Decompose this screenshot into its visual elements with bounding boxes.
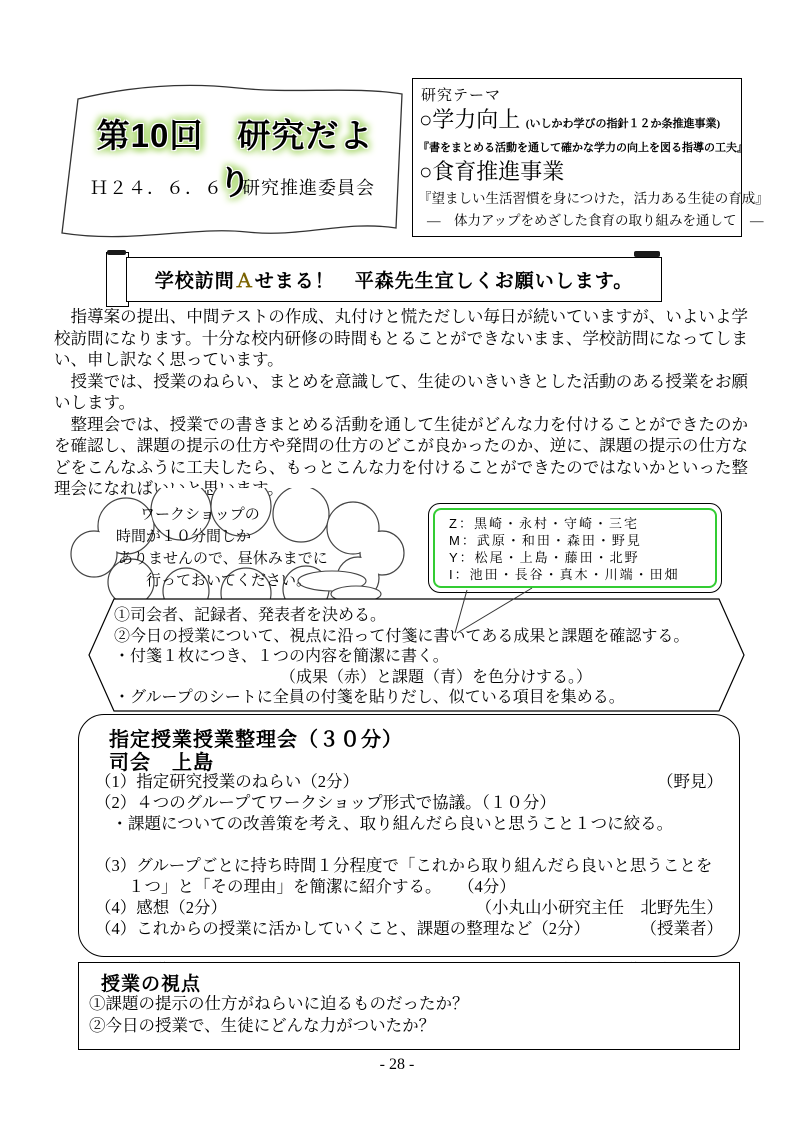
cloud-text: ワークショップの 時間が１０分間しか ありませんので、昼休みまでに 行っておいて… bbox=[88, 504, 398, 592]
cloud-line: ありませんので、昼休みまでに bbox=[88, 548, 398, 570]
headline-a: Ａ bbox=[235, 271, 255, 292]
agenda-item: （1）指定研究授業のねらい（2分） bbox=[95, 771, 359, 792]
headline-scroll-box: 学校訪問Ａせまる！ 平森先生宜しくお願いします。 bbox=[106, 250, 662, 307]
theme-heading: 研究テーマ bbox=[421, 84, 501, 105]
step-line: （成果（赤）と課題（青）を色分けする。） bbox=[114, 668, 724, 689]
paragraph-2: 授業では、授業のねらい、まとめを意識して、生徒のいきいきとした活動のある授業をお… bbox=[54, 371, 748, 414]
agenda-presenter: （小丸山小研究主任 北野先生） bbox=[476, 897, 724, 918]
page-number: - 28 - bbox=[0, 1056, 794, 1074]
agenda-item: （4）感想（2分） bbox=[95, 897, 227, 918]
scroll-left-cap bbox=[107, 250, 126, 255]
group-y: Y：松尾・上島・藤田・北野 bbox=[449, 549, 715, 566]
agenda-item: （2）４つのグループてワークショップ形式で協議。（１０分） bbox=[95, 792, 556, 813]
headline-text: 学校訪問Ａせまる！ 平森先生宜しくお願いします。 bbox=[155, 266, 634, 293]
headline-pre: 学校訪問 bbox=[155, 271, 235, 292]
group-z: Z：黒崎・永村・守崎・三宅 bbox=[449, 515, 715, 532]
group-i: I：池田・長谷・真木・川端・田畑 bbox=[449, 566, 715, 583]
theme-item-academic: ○学力向上 (いしかわ学びの指針１２か条推進事業) bbox=[419, 103, 720, 134]
agenda-row: （4）感想（2分）（小丸山小研究主任 北野先生） bbox=[95, 897, 723, 918]
viewpoints-lines: ①課題の提示の仕方がねらいに迫るものだったか？ ②今日の授業で、生徒にどんな力が… bbox=[89, 993, 469, 1036]
newsletter-date: Ｈ２４．６．６ 研究推進委員会 bbox=[90, 174, 375, 200]
agenda-row: （2）４つのグループてワークショップ形式で協議。（１０分） bbox=[95, 792, 723, 813]
viewpoint-line: ②今日の授業で、生徒にどんな力がついたか？ bbox=[89, 1015, 469, 1037]
theme-item1-note: (いしかわ学びの指針１２か条推進事業) bbox=[526, 118, 720, 130]
headline-post: せまる！ 平森先生宜しくお願いします。 bbox=[255, 271, 633, 292]
paragraph-1: 指導案の提出、中間テストの作成、丸付けと慌ただしい毎日が続いていますが、いよいよ… bbox=[54, 306, 748, 371]
agenda-row: １つ」と「その理由」を簡潔に紹介する。 （4分） bbox=[95, 876, 723, 897]
viewpoint-line: ①課題の提示の仕方がねらいに迫るものだったか？ bbox=[89, 993, 469, 1015]
group-list: Z：黒崎・永村・守崎・三宅 M：武原・和田・森田・野見 Y：松尾・上島・藤田・北… bbox=[433, 508, 717, 588]
newsletter-page: 第10回 研究だより Ｈ２４．６．６ 研究推進委員会 研究テーマ ○学力向上 (… bbox=[0, 0, 794, 1123]
theme-item1-subtitle: 『書をまとめる活動を通して確かな学力の向上を図る指導の工夫』 bbox=[418, 139, 748, 155]
cloud-line: 時間が１０分間しか bbox=[88, 526, 398, 548]
research-theme-box: 研究テーマ ○学力向上 (いしかわ学びの指針１２か条推進事業) 『書をまとめる活… bbox=[412, 78, 742, 237]
cloud-line: 行っておいてください。 bbox=[88, 570, 398, 592]
agenda-item: ・課題についての改善策を考え、取り組んだら良いと思うこと１つに絞る。 bbox=[95, 813, 673, 834]
scroll-right-cap bbox=[634, 251, 660, 257]
viewpoints-title: 授業の視点 bbox=[101, 969, 201, 996]
step-line: ・付箋１枚につき、１つの内容を簡潔に書く。 bbox=[114, 647, 724, 668]
body-text: 指導案の提出、中間テストの作成、丸付けと慌ただしい毎日が続いていますが、いよいよ… bbox=[54, 306, 748, 500]
theme-item1-label: ○学力向上 bbox=[419, 107, 526, 132]
cloud-line: ワークショップの bbox=[88, 504, 398, 526]
banner-flag: 第10回 研究だより Ｈ２４．６．６ 研究推進委員会 bbox=[52, 82, 412, 250]
step-line: ②今日の授業について、視点に沿って付箋に書いてある成果と課題を確認する。 bbox=[114, 627, 724, 648]
lesson-viewpoints-box: 授業の視点 ①課題の提示の仕方がねらいに迫るものだったか？ ②今日の授業で、生徒… bbox=[78, 962, 740, 1050]
theme-item-food-education: ○食育推進事業 bbox=[419, 155, 564, 186]
agenda-row: （3）グループごとに持ち時間１分程度で「これから取り組んだら良いと思うことを bbox=[95, 855, 723, 876]
agenda-item: （3）グループごとに持ち時間１分程度で「これから取り組んだら良いと思うことを bbox=[95, 855, 712, 876]
paragraph-3: 整理会では、授業での書きまとめる活動を通して生徒がどんな力を付けることができたの… bbox=[54, 414, 748, 500]
group-m: M：武原・和田・森田・野見 bbox=[449, 532, 715, 549]
agenda-rows: （1）指定研究授業のねらい（2分）（野見） （2）４つのグループてワークショップ… bbox=[95, 771, 723, 981]
review-meeting-box: 指定授業授業整理会（３０分） 司会 上島 （1）指定研究授業のねらい（2分）（野… bbox=[78, 714, 740, 957]
agenda-row bbox=[95, 939, 723, 960]
agenda-item: １つ」と「その理由」を簡潔に紹介する。 （4分） bbox=[95, 876, 516, 897]
headline-banner: 学校訪問Ａせまる！ 平森先生宜しくお願いします。 bbox=[126, 257, 662, 302]
theme-item2-subtitle: 『望ましい生活習慣を身につけた，活力ある生徒の育成』 bbox=[418, 187, 769, 207]
agenda-presenter: （授業者） bbox=[641, 918, 724, 939]
theme-item2-subtitle2: ― 体力アップをめざした食育の取り組みを通して ― bbox=[427, 209, 764, 229]
agenda-presenter: （野見） bbox=[657, 771, 723, 792]
agenda-item: （4）これからの授業に活かしていくこと、課題の整理など（2分） bbox=[95, 918, 590, 939]
group-list-callout: Z：黒崎・永村・守崎・三宅 M：武原・和田・森田・野見 Y：松尾・上島・藤田・北… bbox=[428, 503, 722, 593]
callout-pointer-lines bbox=[440, 585, 560, 640]
step-line: ・グループのシートに全員の付箋を貼りだし、似ている項目を集める。 bbox=[114, 688, 724, 709]
agenda-row: （4）これからの授業に活かしていくこと、課題の整理など（2分）（授業者） bbox=[95, 918, 723, 939]
workshop-steps-text: ①司会者、記録者、発表者を決める。 ②今日の授業について、視点に沿って付箋に書い… bbox=[114, 606, 724, 709]
agenda-row: （1）指定研究授業のねらい（2分）（野見） bbox=[95, 771, 723, 792]
step-line: ①司会者、記録者、発表者を決める。 bbox=[114, 606, 724, 627]
agenda-row bbox=[95, 834, 723, 855]
agenda-row: ・課題についての改善策を考え、取り組んだら良いと思うこと１つに絞る。 bbox=[95, 813, 723, 834]
